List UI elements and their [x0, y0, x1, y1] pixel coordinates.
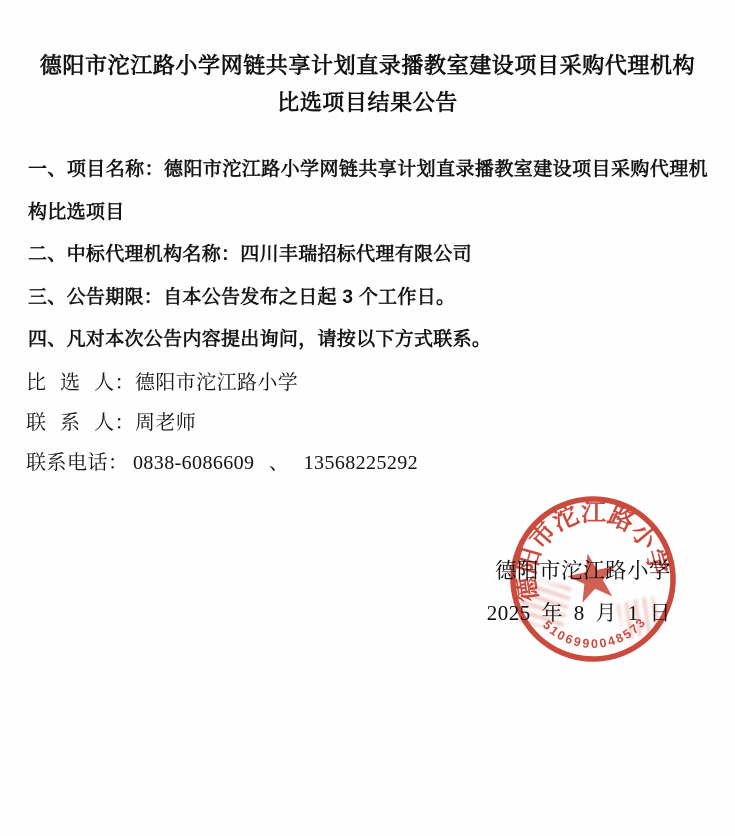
contact-label: 比 选 人： [26, 363, 135, 403]
contact-row-selector: 比 选 人：德阳市沱江路小学 [26, 363, 708, 403]
document-page: 德阳市沱江路小学网链共享计划直录播教室建设项目采购代理机构 比选项目结果公告 一… [0, 0, 735, 836]
contact-value: 德阳市沱江路小学 [135, 372, 298, 394]
item-inquiry-notice: 四、凡对本次公告内容提出询问，请按以下方式联系。 [28, 319, 708, 362]
title-line-1: 德阳市沱江路小学网链共享计划直录播教室建设项目采购代理机构 [28, 47, 707, 84]
contact-row-person: 联 系 人：周老师 [26, 403, 708, 443]
contact-label: 联系电话： [26, 443, 133, 483]
document-title: 德阳市沱江路小学网链共享计划直录播教室建设项目采购代理机构 比选项目结果公告 [28, 47, 707, 121]
item-announcement-period: 三、公告期限：自本公告发布之日起 3 个工作日。 [28, 277, 708, 320]
contact-value: 周老师 [135, 412, 196, 434]
contact-label: 联 系 人： [26, 403, 135, 443]
signature-date: 2025 年 8 月 1 日 [487, 602, 671, 624]
contact-row-phone: 联系电话：0838-6086609 、 13568225292 [26, 443, 708, 483]
contact-value: 0838-6086609 、 13568225292 [133, 452, 418, 474]
item-winning-agency: 二、中标代理机构名称：四川丰瑞招标代理有限公司 [28, 234, 708, 277]
item-project-name: 一、项目名称：德阳市沱江路小学网链共享计划直录播教室建设项目采购代理机构比选项目 [28, 149, 708, 234]
title-line-2: 比选项目结果公告 [28, 84, 707, 121]
announcement-items: 一、项目名称：德阳市沱江路小学网链共享计划直录播教室建设项目采购代理机构比选项目… [28, 149, 708, 362]
signature-block: 德阳市沱江路小学 2025 年 8 月 1 日 [487, 560, 671, 624]
contact-info: 比 选 人：德阳市沱江路小学 联 系 人：周老师 联系电话：0838-60866… [26, 363, 708, 483]
signature-name: 德阳市沱江路小学 [487, 560, 671, 583]
